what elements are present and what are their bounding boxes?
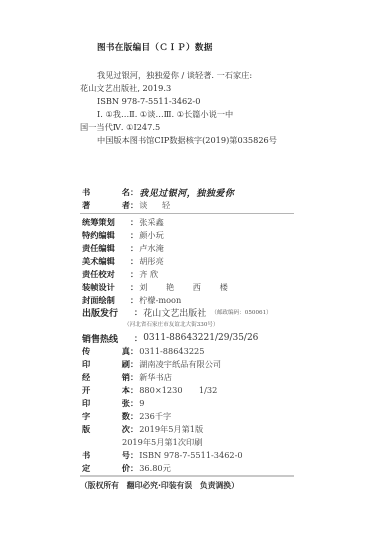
label-cover-drawing: 封面绘制 xyxy=(82,295,130,306)
word-count-value: 236千字 xyxy=(139,411,171,422)
row-cover-drawing: 封面绘制： 柠檬-moon xyxy=(82,294,181,306)
colon: ： xyxy=(130,385,138,396)
colon: ： xyxy=(130,187,138,198)
cover-drawing-value: 柠檬-moon xyxy=(139,295,181,306)
label-isbn: 书号 xyxy=(82,450,130,461)
row-author: 著者 ： 谈 轻 xyxy=(82,199,176,211)
special-editor-value: 颜小玩 xyxy=(139,230,164,241)
book-title-value: 我见过银河，独独爱你 xyxy=(139,186,234,199)
row-edition: 版次： 2019年5月第1版 xyxy=(82,423,203,435)
label-fax: 传真 xyxy=(82,346,130,357)
distributor-value: 新华书店 xyxy=(139,372,172,383)
label-binding-design: 装帧设计 xyxy=(82,282,130,293)
cip-line: 我见过银河，独独爱你 / 谈轻著. 一石家庄: xyxy=(97,70,252,80)
colon: ： xyxy=(130,243,138,254)
colon: ： xyxy=(130,450,138,461)
cip-line: 花山文艺出版社, 2019.3 xyxy=(80,83,171,93)
row-publisher: 出版发行： 花山文艺出版社 （邮政编码：050061） xyxy=(82,306,272,318)
row-proofreader: 责任校对： 齐 欣 xyxy=(82,268,158,280)
row-binding-design: 装帧设计： 刘 艳 西 楼 xyxy=(82,281,236,293)
art-editor-value: 胡彤亮 xyxy=(139,256,164,267)
responsible-editor-value: 卢水淹 xyxy=(139,243,164,254)
cip-line: 中国版本图书馆CIP数据核字(2019)第035826号 xyxy=(97,135,277,145)
label-printer: 印刷 xyxy=(82,359,130,370)
row-fax: 传真： 0311-88643225 xyxy=(82,345,204,357)
row-book-title: 书名 ： 我见过银河，独独爱你 xyxy=(82,186,234,198)
row-planner: 统筹策划： 张采鑫 xyxy=(82,216,164,228)
row-special-editor: 特约编辑： 颜小玩 xyxy=(82,229,164,241)
edition-value: 2019年5月第1版 xyxy=(139,424,203,435)
author-value: 谈 轻 xyxy=(139,200,176,211)
printing-value: 2019年5月第1次印刷 xyxy=(122,437,202,448)
colon: ： xyxy=(130,398,138,409)
row-isbn: 书号： ISBN 978-7-5511-3462-0 xyxy=(82,449,243,461)
colon: ： xyxy=(134,307,142,318)
cip-title: 图书在版编目（ＣＩＰ）数据 xyxy=(97,41,213,53)
colon: ： xyxy=(130,359,138,370)
publisher-value: 花山文艺出版社 xyxy=(143,306,206,319)
label-author: 著者 xyxy=(82,200,130,211)
colon: ： xyxy=(130,424,138,435)
row-word-count: 字数： 236千字 xyxy=(82,410,171,422)
colon: ： xyxy=(130,411,138,422)
label-publisher: 出版发行 xyxy=(82,306,134,319)
label-sheets: 印张 xyxy=(82,398,130,409)
label-book-title: 书名 xyxy=(82,187,130,198)
colon: ： xyxy=(130,463,138,474)
proofreader-value: 齐 欣 xyxy=(139,269,158,280)
label-format: 开本 xyxy=(82,385,130,396)
row-sheets: 印张： 9 xyxy=(82,397,144,409)
isbn-value: ISBN 978-7-5511-3462-0 xyxy=(139,450,242,460)
label-sales-hotline: 销售热线 xyxy=(82,332,134,345)
cip-line: 国一当代Ⅳ. ①I247.5 xyxy=(80,122,160,132)
label-proofreader: 责任校对 xyxy=(82,269,130,280)
label-special-editor: 特约编辑 xyxy=(82,230,130,241)
postal-code-note: （邮政编码：050061） xyxy=(211,308,272,316)
label-price: 定价 xyxy=(82,463,130,474)
colon: ： xyxy=(130,230,138,241)
label-edition: 版次 xyxy=(82,424,130,435)
row-sales-hotline: 销售热线： 0311-88643221/29/35/26 xyxy=(82,332,258,344)
colon: ： xyxy=(130,256,138,267)
colon: ： xyxy=(130,269,138,280)
row-printer: 印刷： 湖南凌宇纸品有限公司 xyxy=(82,358,221,370)
divider-bottom xyxy=(80,475,294,477)
row-responsible-editor: 责任编辑： 卢水淹 xyxy=(82,242,164,254)
row-distributor: 经销： 新华书店 xyxy=(82,371,172,383)
colon: ： xyxy=(130,217,138,228)
row-price: 定价： 36.80元 xyxy=(82,462,171,474)
colon: ： xyxy=(130,372,138,383)
row-format: 开本： 880×1230 1/32 xyxy=(82,384,217,396)
row-art-editor: 美术编辑： 胡彤亮 xyxy=(82,255,164,267)
colon: ： xyxy=(130,282,138,293)
planner-value: 张采鑫 xyxy=(139,217,164,228)
printer-value: 湖南凌宇纸品有限公司 xyxy=(139,359,221,370)
label-planner: 统筹策划 xyxy=(82,217,130,228)
price-value: 36.80元 xyxy=(139,463,171,474)
fax-value: 0311-88643225 xyxy=(139,346,204,356)
label-art-editor: 美术编辑 xyxy=(82,256,130,267)
colon: ： xyxy=(130,200,138,211)
row-edition-printing: 2019年5月第1次印刷 xyxy=(122,436,202,448)
sheets-value: 9 xyxy=(139,398,144,408)
colon: ： xyxy=(130,346,138,357)
colon: ： xyxy=(134,333,142,344)
publisher-address: （河北省石家庄市友谊北大街330号） xyxy=(124,320,219,328)
copyright-notice: （版权所有 翻印必究·印装有误 负责调换） xyxy=(80,480,239,491)
cip-line: Ⅰ. ①我…Ⅱ. ①谈…Ⅲ. ①长篇小说一中 xyxy=(97,109,233,119)
colon: ： xyxy=(130,295,138,306)
binding-design-value: 刘 艳 西 楼 xyxy=(139,282,236,293)
cip-line: ISBN 978-7-5511-3462-0 xyxy=(97,96,200,106)
format-value: 880×1230 1/32 xyxy=(139,385,217,396)
divider-top xyxy=(80,213,294,214)
label-distributor: 经销 xyxy=(82,372,130,383)
copyright-page: 图书在版编目（ＣＩＰ）数据 我见过银河，独独爱你 / 谈轻著. 一石家庄: 花山… xyxy=(0,0,375,543)
label-responsible-editor: 责任编辑 xyxy=(82,243,130,254)
label-word-count: 字数 xyxy=(82,411,130,422)
sales-hotline-value: 0311-88643221/29/35/26 xyxy=(143,333,258,343)
